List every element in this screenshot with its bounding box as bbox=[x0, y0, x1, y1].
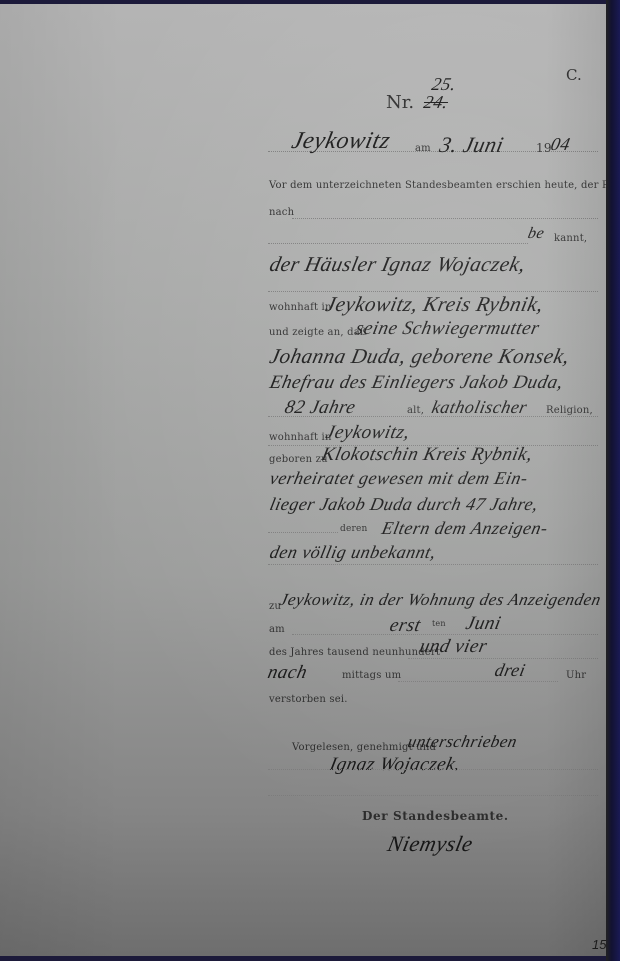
born-label: geboren zu bbox=[269, 454, 328, 465]
birthplace: Klokotschin Kreis Rybnik, bbox=[320, 444, 535, 466]
deceased-residence: Jeykowitz, bbox=[324, 422, 412, 444]
married-line-1: verheiratet gewesen mit dem Ein- bbox=[268, 468, 530, 489]
registration-place: Jeykowitz bbox=[289, 128, 393, 155]
death-year-words: und vier bbox=[418, 636, 489, 658]
death-place: Jeykowitz, in der Wohnung des Anzeigende… bbox=[278, 590, 603, 610]
parents-prefix: deren bbox=[340, 524, 368, 534]
informant-residence: Jeykowitz, Kreis Rybnik, bbox=[323, 292, 546, 317]
death-hour: drei bbox=[493, 660, 528, 681]
bekannt-hand: be bbox=[526, 225, 546, 243]
deceased-name: Johanna Duda, geborene Konsek, bbox=[267, 344, 572, 369]
uhr-label: Uhr bbox=[566, 670, 586, 681]
death-year-label: des Jahres tausend neunhundert bbox=[269, 647, 440, 658]
spouse-line: Ehefrau des Einliegers Jakob Duda, bbox=[268, 372, 566, 394]
book-binding-edge bbox=[606, 0, 620, 961]
death-day-suffix: ten bbox=[432, 619, 446, 628]
registrar-signature: Niemysle bbox=[385, 831, 475, 857]
deceased-suffix: verstorben sei. bbox=[269, 694, 348, 705]
married-line-2: lieger Jakob Duda durch 47 Jahre, bbox=[268, 494, 541, 515]
nach-label: nach bbox=[269, 207, 294, 218]
page-number: 15 bbox=[592, 937, 606, 952]
parents-line-2: den völlig unbekannt, bbox=[268, 542, 438, 563]
religion-value: katholischer bbox=[430, 397, 529, 418]
registrar-title: Der Standesbeamte. bbox=[362, 809, 509, 823]
death-day-label: am bbox=[269, 624, 285, 635]
signed-hand: unterschrieben bbox=[406, 732, 519, 752]
form-letter: C. bbox=[566, 66, 582, 84]
religion-label: Religion, bbox=[546, 405, 593, 416]
death-time-prefix: nach bbox=[266, 662, 310, 684]
entry-number-original: 24. bbox=[422, 92, 450, 113]
parents-line-1: Eltern dem Anzeigen- bbox=[380, 518, 550, 539]
informant-signature: Ignaz Wojaczek. bbox=[328, 754, 463, 776]
bekannt-print: kannt, bbox=[554, 233, 587, 244]
declared-label: und zeigte an, daß bbox=[269, 327, 367, 338]
relation: seine Schwiegermutter bbox=[354, 318, 542, 340]
register-page: C. 25. Nr. 24. Jeykowitz am 3. Juni 19 0… bbox=[0, 4, 606, 956]
death-day: erst bbox=[388, 615, 423, 637]
number-label: Nr. bbox=[386, 92, 414, 113]
registration-date: 3. Juni bbox=[437, 132, 506, 158]
death-month: Juni bbox=[464, 613, 503, 635]
deceased-residence-label: wohnhaft in bbox=[269, 432, 332, 443]
age-label: alt, bbox=[407, 405, 424, 416]
mittags-label: mittags um bbox=[342, 670, 401, 681]
am-label: am bbox=[415, 143, 431, 154]
informant-name: der Häusler Ignaz Wojaczek, bbox=[267, 252, 528, 277]
intro-text: Vor dem unterzeichneten Standesbeamten e… bbox=[269, 180, 620, 191]
informant-residence-label: wohnhaft in bbox=[269, 302, 332, 313]
